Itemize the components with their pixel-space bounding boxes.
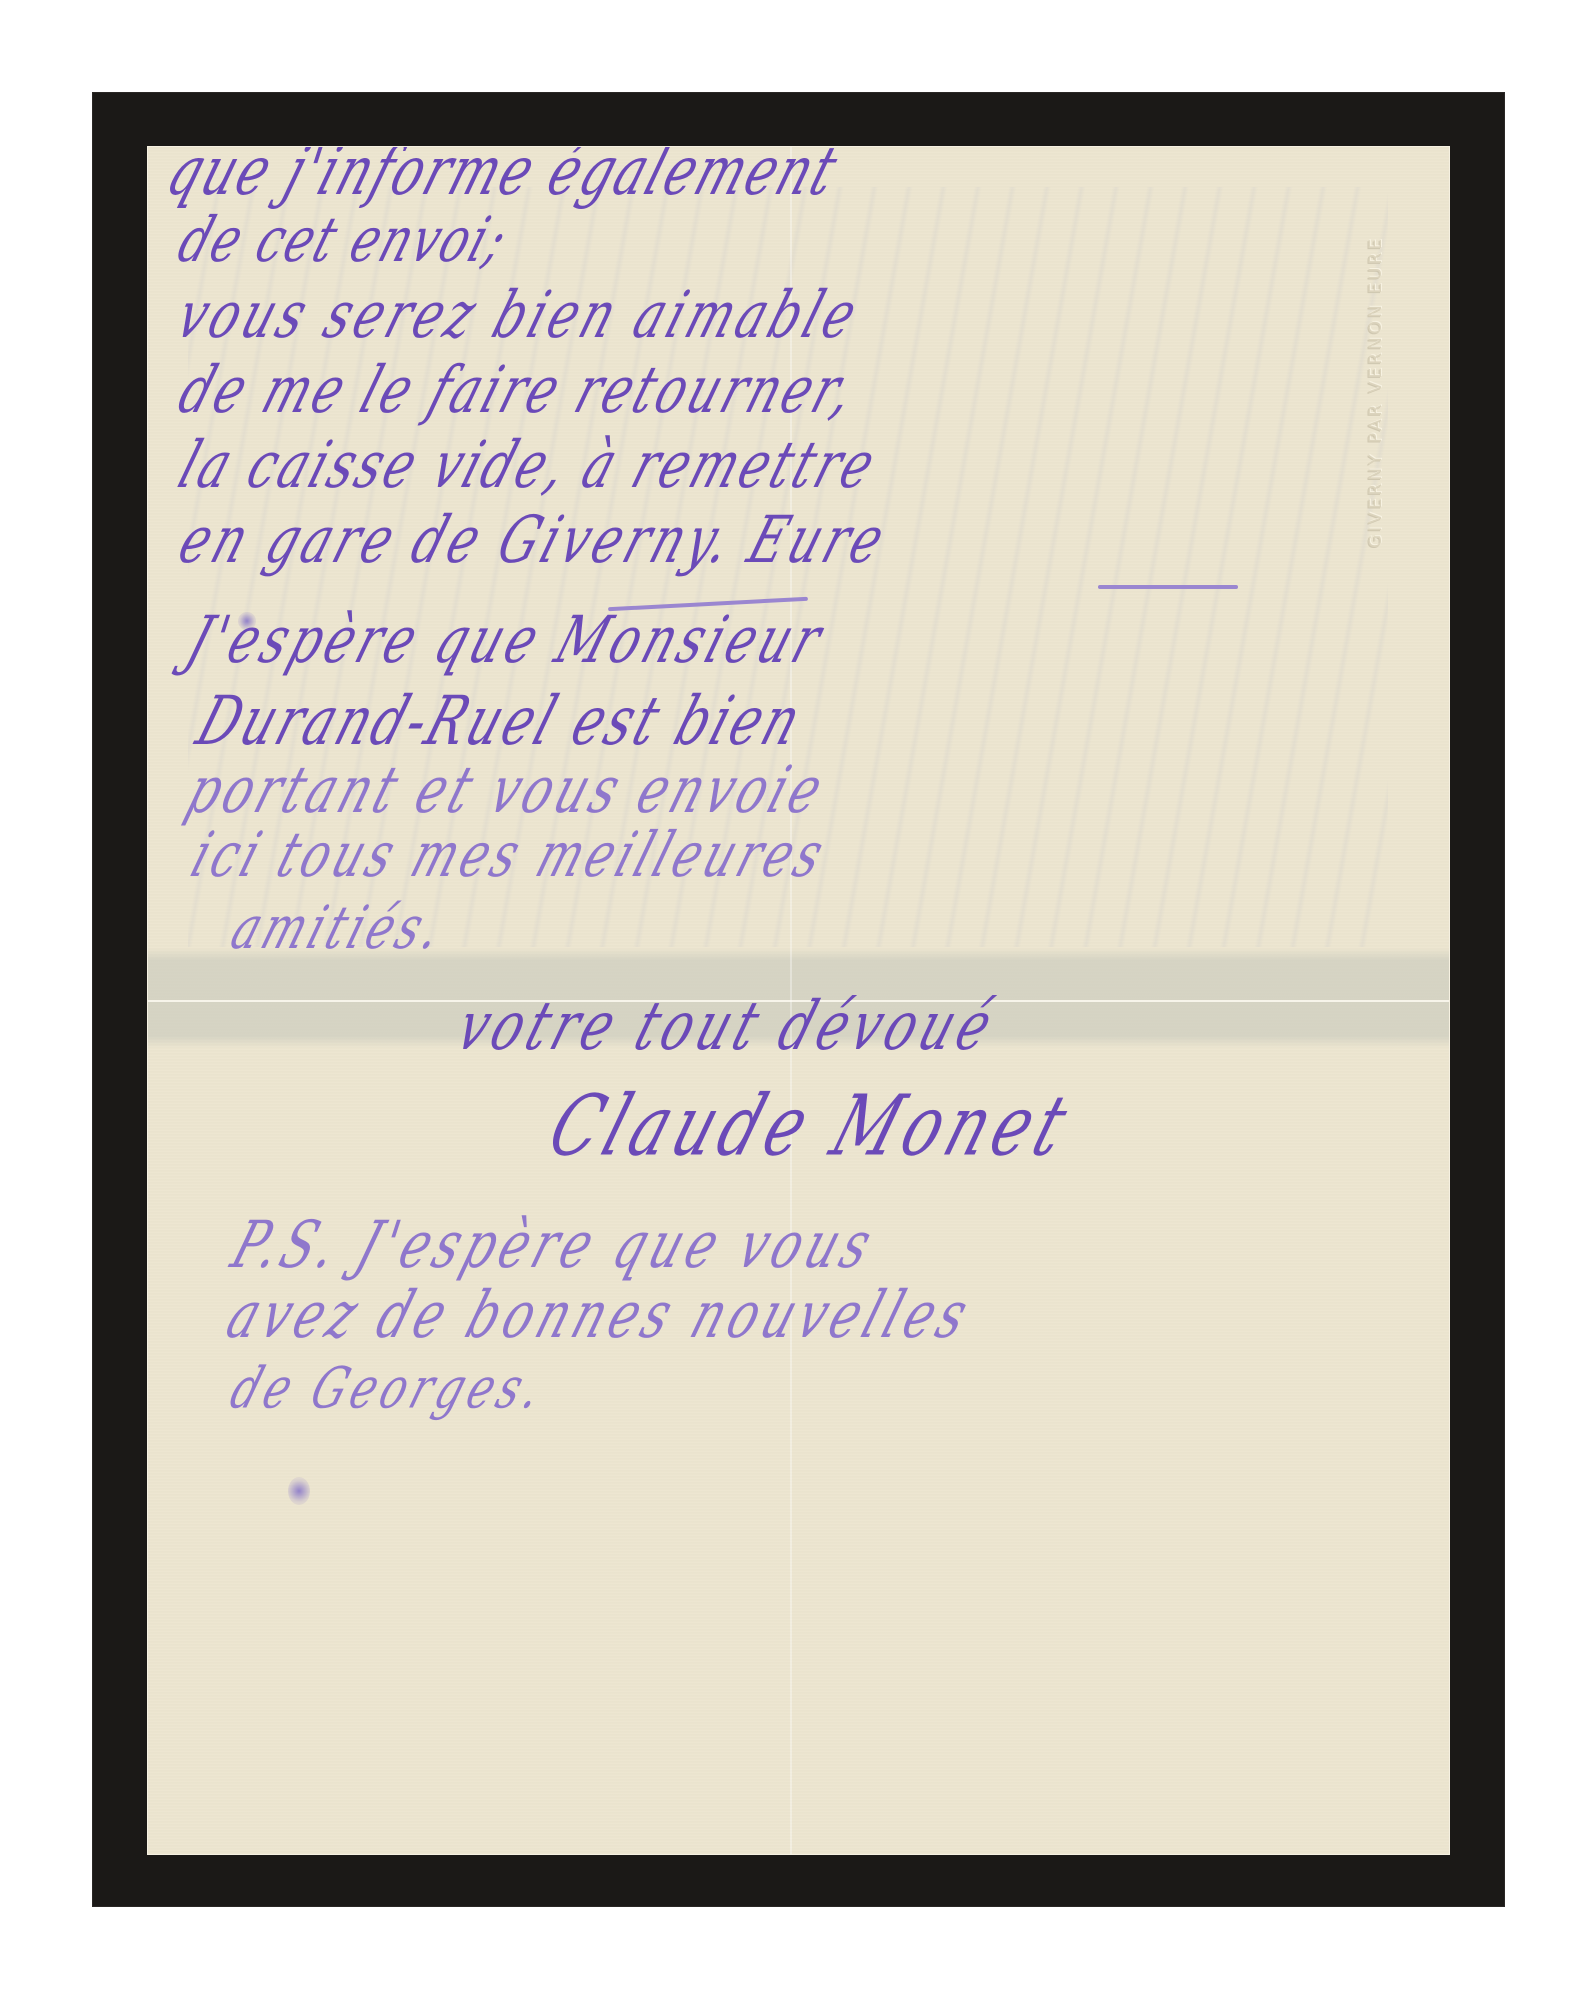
ink-spot <box>238 612 256 630</box>
eure-underline <box>1098 585 1238 589</box>
letter-line: de me le faire retourner, <box>170 352 866 428</box>
letter-line: en gare de Giverny. Eure <box>170 502 897 578</box>
letter-line: ici tous mes meilleures <box>183 818 836 891</box>
letter-line: amitiés. <box>223 894 454 963</box>
letterhead-emboss: GIVERNY PAR VERNON EURE <box>1366 187 1396 597</box>
letter-line: de cet envoi; <box>170 203 518 276</box>
letter-line: que j'informe également <box>158 146 848 210</box>
ink-spot <box>288 1477 310 1505</box>
letter-line: la caisse vide, à remettre <box>170 427 887 503</box>
letter-line: J'espère que Monsieur <box>178 602 834 678</box>
postscript-line: de Georges. <box>223 1355 555 1421</box>
closing-line: votre tout dévoué <box>448 987 1006 1065</box>
letter-paper: GIVERNY PAR VERNON EURE que j'informe ég… <box>147 146 1450 1855</box>
signature: Claude Monet <box>538 1076 1085 1175</box>
letter-line: Durand-Ruel est bien <box>188 682 813 760</box>
postscript-line: P.S. J'espère que vous <box>223 1207 885 1283</box>
letter-line: vous serez bien aimable <box>168 277 870 353</box>
letter-line: portant et vous envoie <box>178 752 835 828</box>
postscript-line: avez de bonnes nouvelles <box>218 1277 981 1353</box>
